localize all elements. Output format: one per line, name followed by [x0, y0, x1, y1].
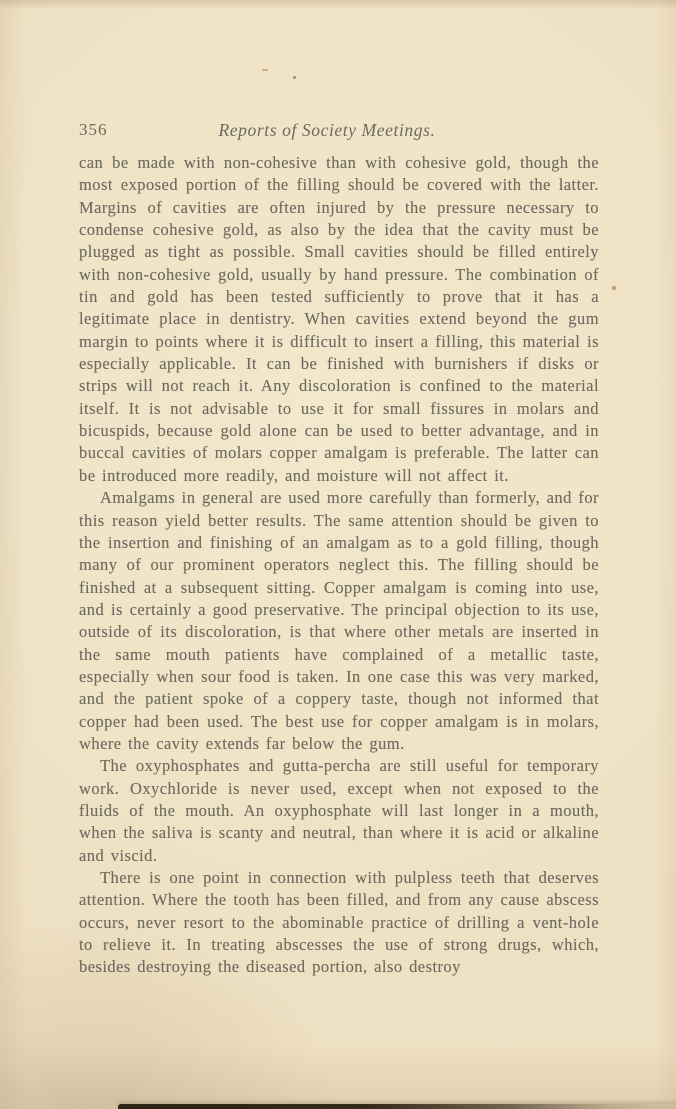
paragraph: Amalgams in general are used more carefu… [79, 487, 599, 755]
scanner-edge-artifact [118, 1104, 676, 1109]
paragraph: The oxyphosphates and gutta-percha are s… [79, 755, 599, 867]
ink-speck [612, 286, 616, 290]
paragraph: There is one point in connection with pu… [79, 867, 599, 979]
paragraph-continuation: can be made with non-cohesive than with … [79, 152, 599, 487]
ink-speck [262, 69, 268, 71]
scanned-book-page: 356 Reports of Society Meetings. can be … [0, 0, 676, 1109]
running-title: Reports of Society Meetings. [79, 120, 575, 141]
ink-speck [293, 76, 296, 79]
page-body: can be made with non-cohesive than with … [79, 152, 599, 979]
running-head: 356 Reports of Society Meetings. [79, 120, 599, 144]
